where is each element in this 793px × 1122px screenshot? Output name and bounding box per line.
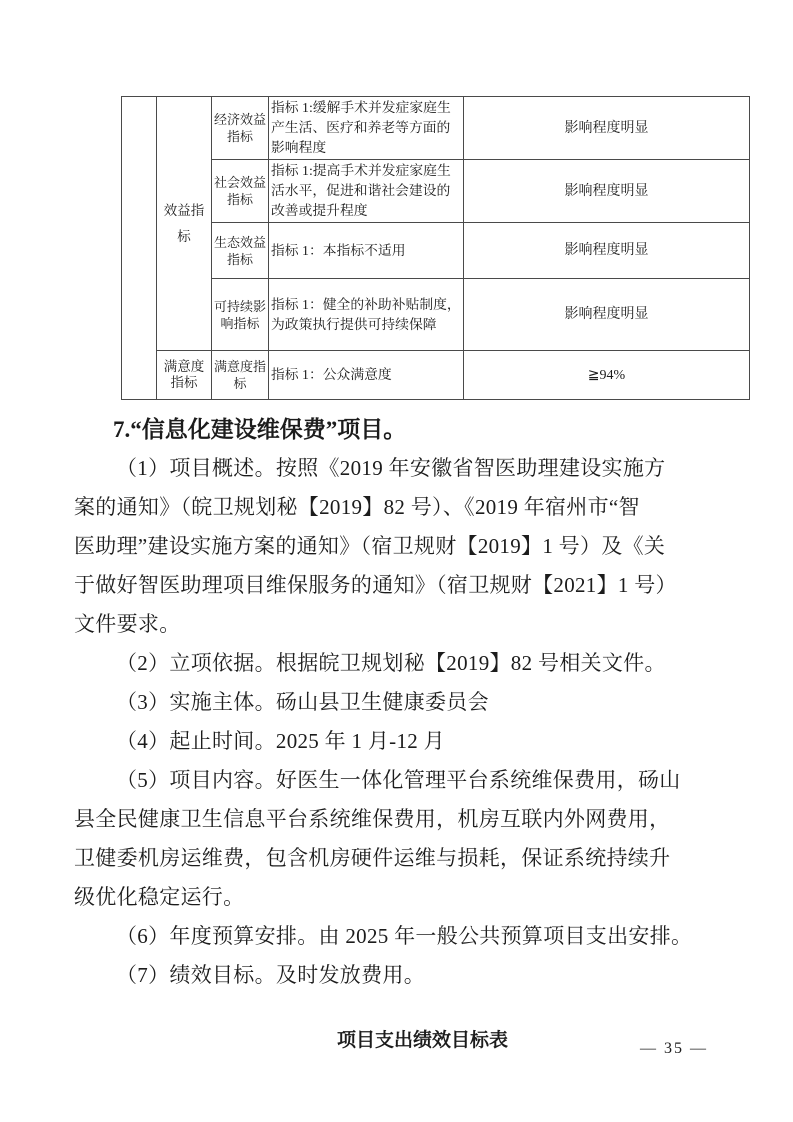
- performance-indicator-table: 效益指标 经济效益指标 指标 1:缓解手术并发症家庭生产生活、医疗和养老等方面的…: [121, 96, 750, 400]
- subcategory-satisfaction-cell: 满意度指标: [212, 351, 269, 400]
- paragraph: （3）实施主体。砀山县卫生健康委员会: [74, 683, 719, 722]
- paragraph: （6）年度预算安排。由 2025 年一般公共预算项目支出安排。: [74, 917, 719, 956]
- indicator-cell: 指标 1：公众满意度: [269, 351, 464, 400]
- paragraph: （7）绩效目标。及时发放费用。: [74, 956, 719, 995]
- table-row: 效益指标 经济效益指标 指标 1:缓解手术并发症家庭生产生活、医疗和养老等方面的…: [122, 97, 750, 160]
- indicator-cell: 指标 1：本指标不适用: [269, 223, 464, 279]
- paragraph: （5）项目内容。好医生一体化管理平台系统维保费用，砀山 县全民健康卫生信息平台系…: [74, 761, 719, 917]
- subcategory-social-cell: 社会效益指标: [212, 160, 269, 223]
- indicator-cell: 指标 1:提高手术并发症家庭生活水平，促进和谐社会建设的改善或提升程度: [269, 160, 464, 223]
- target-value-cell: 影响程度明显: [464, 279, 750, 351]
- subcategory-ecological-cell: 生态效益指标: [212, 223, 269, 279]
- table-row: 社会效益指标 指标 1:提高手术并发症家庭生活水平，促进和谐社会建设的改善或提升…: [122, 160, 750, 223]
- table-row: 满意度指标 满意度指标 指标 1：公众满意度 ≧94%: [122, 351, 750, 400]
- target-value-cell: 影响程度明显: [464, 97, 750, 160]
- indicator-cell: 指标 1：健全的补助补贴制度，为政策执行提供可持续保障: [269, 279, 464, 351]
- indicator-cell: 指标 1:缓解手术并发症家庭生产生活、医疗和养老等方面的影响程度: [269, 97, 464, 160]
- paragraph: （1）项目概述。按照《2019 年安徽省智医助理建设实施方 案的通知》（皖卫规划…: [74, 449, 719, 644]
- table-row: 生态效益指标 指标 1：本指标不适用 影响程度明显: [122, 223, 750, 279]
- target-value-cell: 影响程度明显: [464, 223, 750, 279]
- target-value-cell: ≧94%: [464, 351, 750, 400]
- next-table-title: 项目支出绩效目标表: [74, 1028, 719, 1054]
- table-left-spacer-cell: [122, 97, 157, 400]
- table-row: 可持续影响指标 指标 1：健全的补助补贴制度，为政策执行提供可持续保障 影响程度…: [122, 279, 750, 351]
- paragraph: （2）立项依据。根据皖卫规划秘【2019】82 号相关文件。: [74, 644, 719, 683]
- paragraphs: （1）项目概述。按照《2019 年安徽省智医助理建设实施方 案的通知》（皖卫规划…: [74, 449, 719, 995]
- subcategory-sustainability-cell: 可持续影响指标: [212, 279, 269, 351]
- category-benefit-cell: 效益指标: [157, 97, 212, 351]
- target-value-cell: 影响程度明显: [464, 160, 750, 223]
- document-page: 效益指标 经济效益指标 指标 1:缓解手术并发症家庭生产生活、医疗和养老等方面的…: [0, 0, 793, 1122]
- page-content: 效益指标 经济效益指标 指标 1:缓解手术并发症家庭生产生活、医疗和养老等方面的…: [74, 96, 719, 1054]
- section-heading: 7.“信息化建设维保费”项目。: [74, 410, 719, 449]
- category-satisfaction-cell: 满意度指标: [157, 351, 212, 400]
- subcategory-economic-cell: 经济效益指标: [212, 97, 269, 160]
- paragraph: （4）起止时间。2025 年 1 月-12 月: [74, 722, 719, 761]
- page-number: — 35 —: [640, 1036, 708, 1062]
